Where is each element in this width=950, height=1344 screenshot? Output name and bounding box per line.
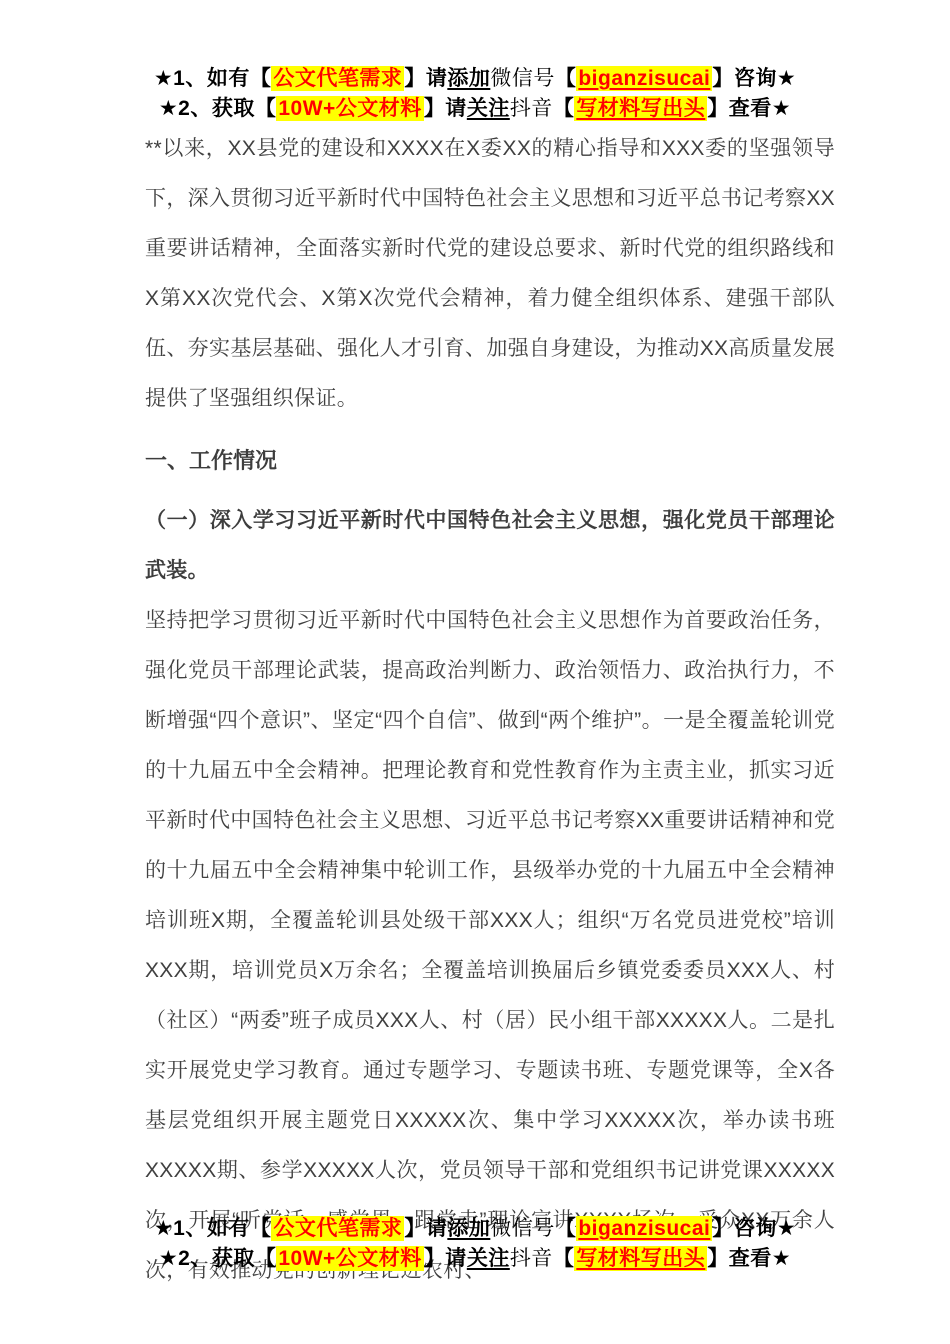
banner-segment: 10W+公文材料 xyxy=(276,96,423,121)
banner-segment: 10W+公文材料 xyxy=(276,1246,423,1271)
banner-segment: 公文代笔需求 xyxy=(271,66,404,91)
section-heading: 一、工作情况 xyxy=(145,436,835,486)
subsection-heading: （一）深入学习习近平新时代中国特色社会主义思想，强化党员干部理论武装。 xyxy=(145,496,835,596)
banner-segment: biganzisucai xyxy=(576,66,712,91)
banner-segment: 【 xyxy=(553,97,575,120)
banner-segment: 】请 xyxy=(424,1247,467,1270)
banner-segment: 写材料写出头 xyxy=(574,96,707,121)
banner-segment: ★1、如有【 xyxy=(154,67,272,90)
document-page: ★1、如有【公文代笔需求】请添加微信号【biganzisucai】咨询★ ★2、… xyxy=(0,0,950,1344)
banner-segment: 添加 xyxy=(447,67,490,90)
banner-segment: biganzisucai xyxy=(576,1216,712,1241)
promo-banner-bottom: ★1、如有【公文代笔需求】请添加微信号【biganzisucai】咨询★ ★2、… xyxy=(0,1214,950,1274)
body-paragraph: 坚持把学习贯彻习近平新时代中国特色社会主义思想作为首要政治任务，强化党员干部理论… xyxy=(145,596,835,1296)
banner-segment: 【 xyxy=(555,67,577,90)
promo-banner-line-1: ★1、如有【公文代笔需求】请添加微信号【biganzisucai】咨询★ xyxy=(0,64,950,94)
banner-segment: 关注 xyxy=(467,97,510,120)
banner-segment: 】请 xyxy=(424,97,467,120)
banner-segment: 】查看★ xyxy=(707,1247,791,1270)
banner-segment: ★1、如有【 xyxy=(154,1217,272,1240)
banner-segment: 抖音 xyxy=(510,1247,553,1270)
banner-segment: ★2、获取【 xyxy=(159,97,277,120)
banner-segment: 】咨询★ xyxy=(712,1217,796,1240)
banner-segment: 添加 xyxy=(447,1217,490,1240)
banner-segment: 】请 xyxy=(404,1217,447,1240)
banner-segment: 公文代笔需求 xyxy=(271,1216,404,1241)
banner-segment: 抖音 xyxy=(510,97,553,120)
banner-segment: ★2、获取【 xyxy=(159,1247,277,1270)
banner-segment: 【 xyxy=(553,1247,575,1270)
banner-segment: 】请 xyxy=(404,67,447,90)
banner-segment: 】查看★ xyxy=(707,97,791,120)
intro-paragraph: **以来，XX县党的建设和XXXX在X委XX的精心指导和XXX委的坚强领导下，深… xyxy=(145,124,835,424)
banner-segment: 微信号 xyxy=(490,67,555,90)
banner-segment: 写材料写出头 xyxy=(574,1246,707,1271)
banner-segment: 】咨询★ xyxy=(712,67,796,90)
promo-banner-line-2: ★2、获取【10W+公文材料】请关注抖音【写材料写出头】查看★ xyxy=(0,94,950,124)
banner-segment: 微信号 xyxy=(490,1217,555,1240)
document-content: **以来，XX县党的建设和XXXX在X委XX的精心指导和XXX委的坚强领导下，深… xyxy=(145,124,835,1296)
promo-banner-line-1: ★1、如有【公文代笔需求】请添加微信号【biganzisucai】咨询★ xyxy=(0,1214,950,1244)
promo-banner-line-2: ★2、获取【10W+公文材料】请关注抖音【写材料写出头】查看★ xyxy=(0,1244,950,1274)
banner-segment: 【 xyxy=(555,1217,577,1240)
promo-banner-top: ★1、如有【公文代笔需求】请添加微信号【biganzisucai】咨询★ ★2、… xyxy=(0,0,950,124)
banner-segment: 关注 xyxy=(467,1247,510,1270)
